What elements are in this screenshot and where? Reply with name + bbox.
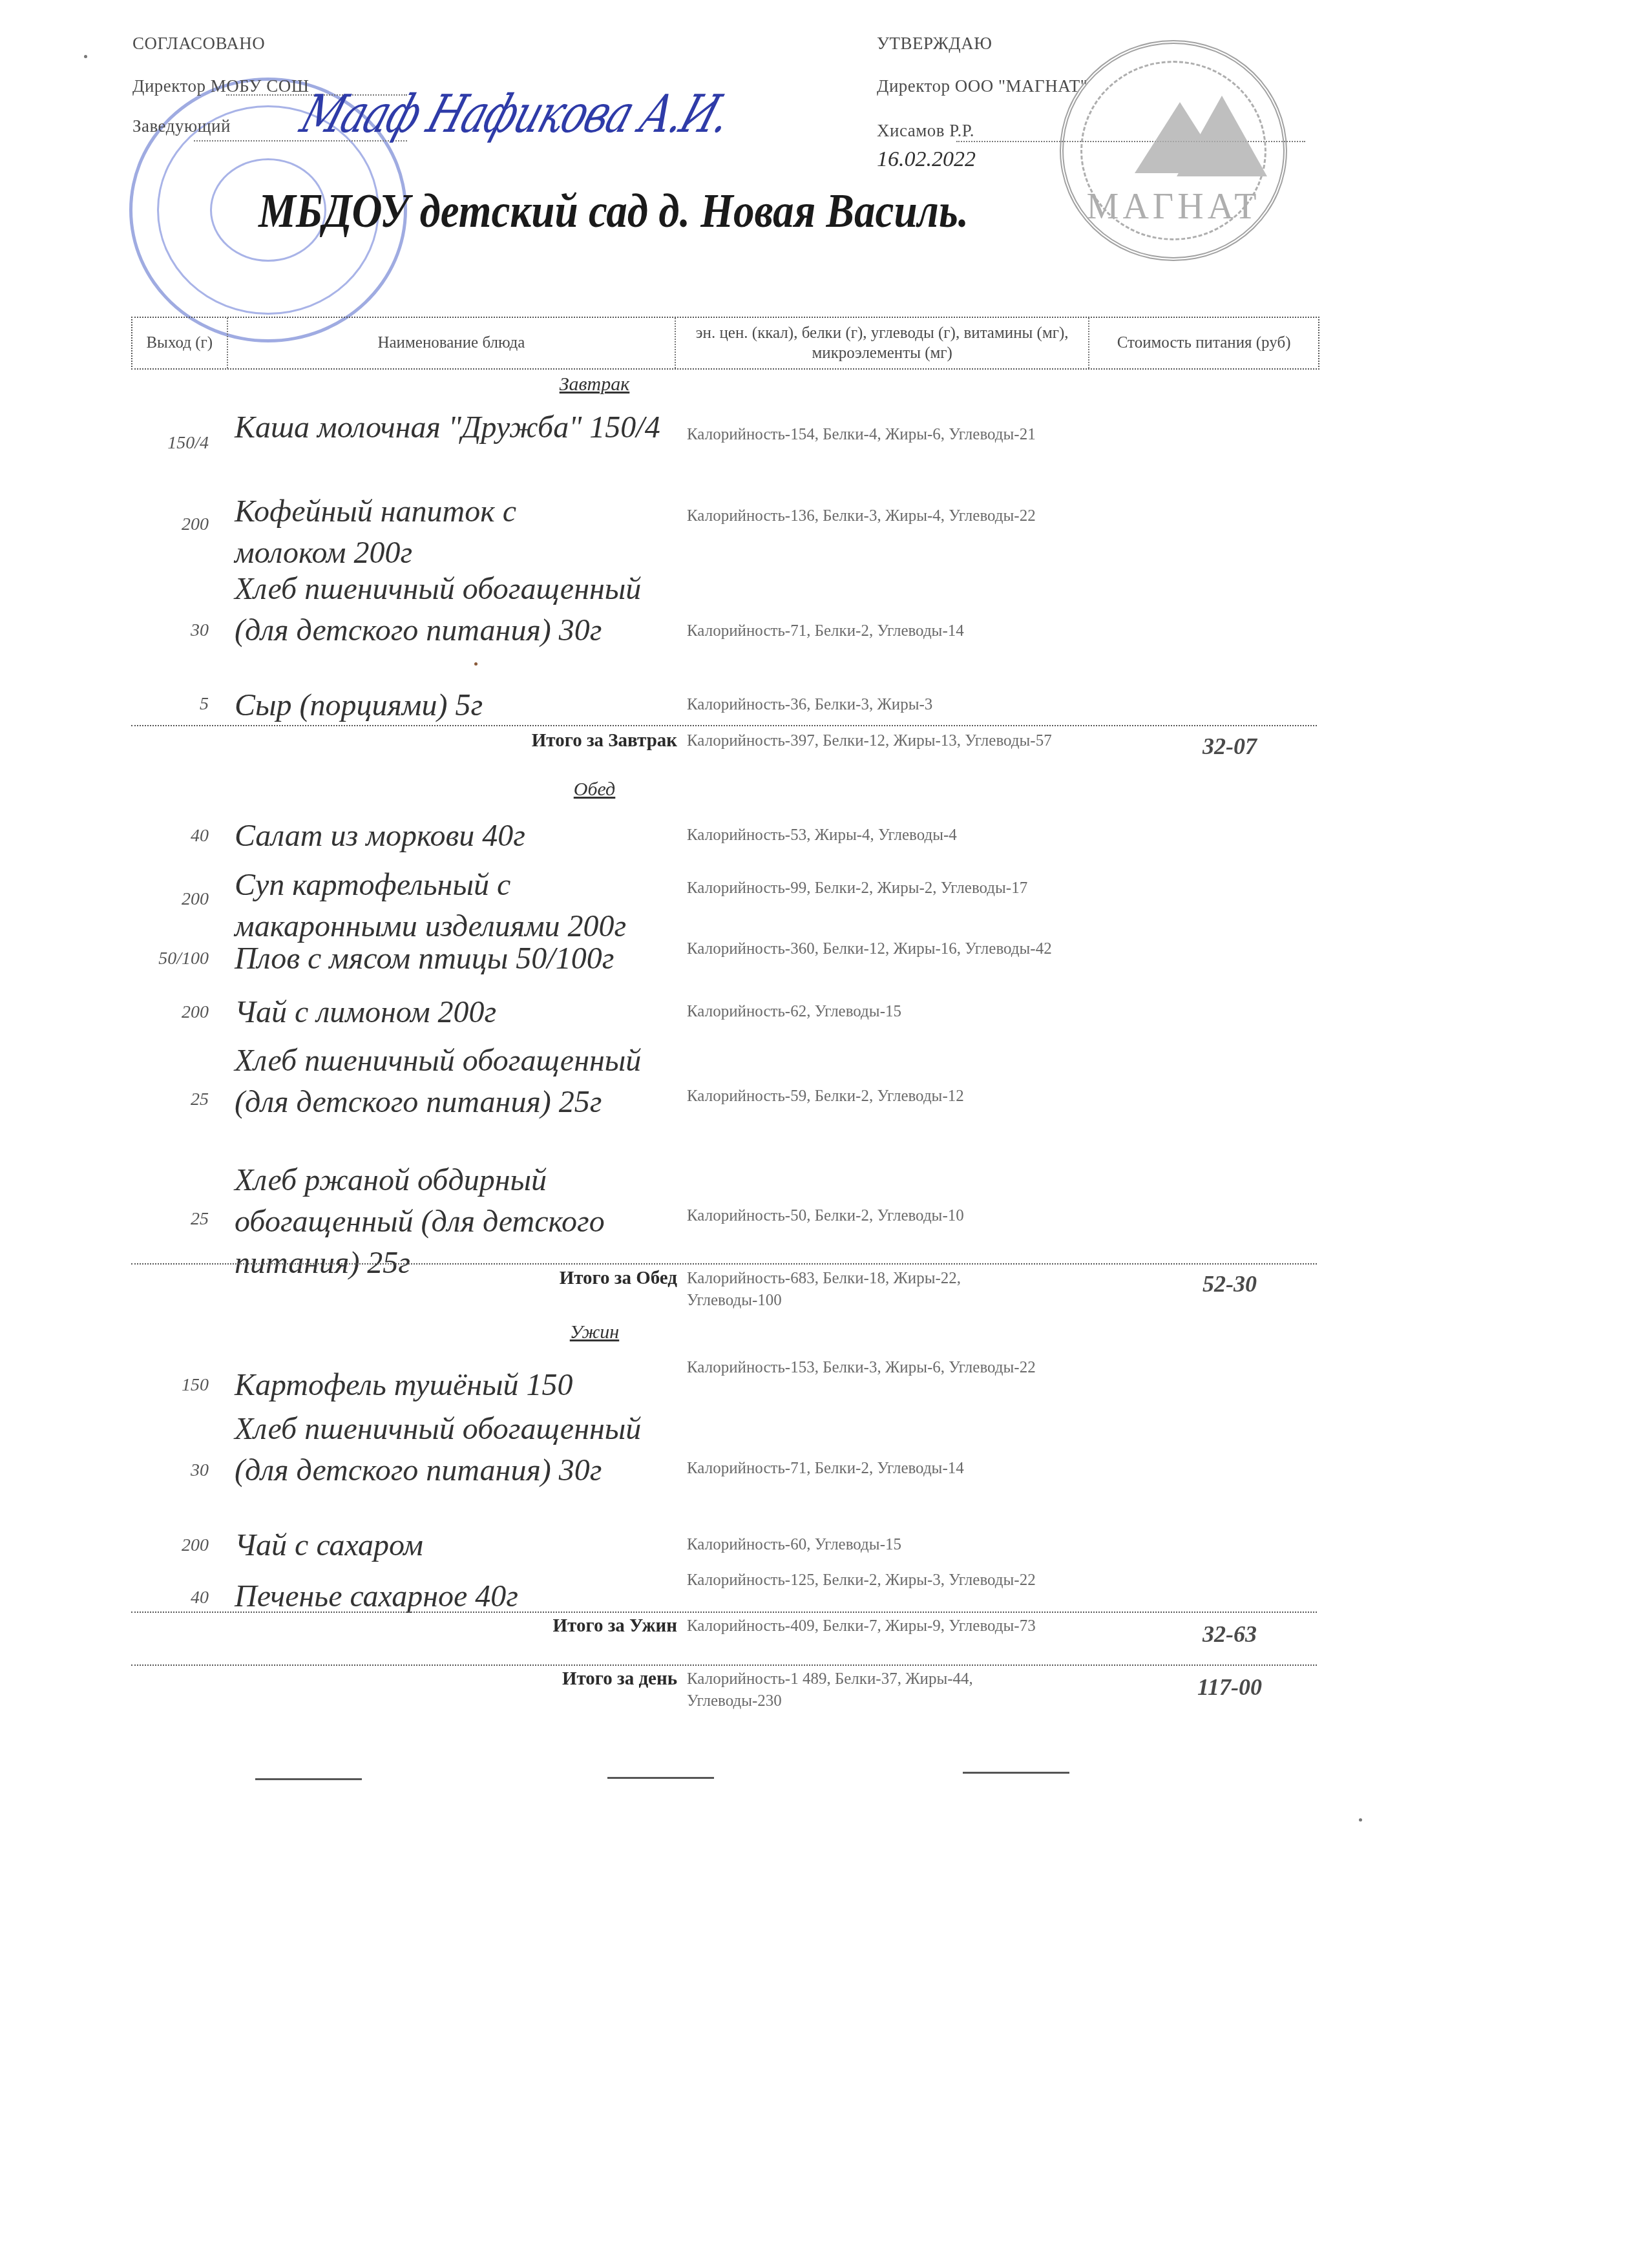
row-divider bbox=[131, 725, 1317, 726]
subtotal-cost: 32-63 bbox=[1171, 1621, 1288, 1648]
dish-name: Салат из моркови 40г bbox=[235, 815, 674, 857]
dish-name: Каша молочная "Дружба" 150/4 bbox=[235, 407, 674, 448]
nutrition-info: Калорийность-59, Белки-2, Углеводы-12 bbox=[687, 1086, 1055, 1108]
subtotal-nutrition: Калорийность-397, Белки-12, Жиры-13, Угл… bbox=[687, 730, 1055, 752]
dish-name: Плов с мясом птицы 50/100г bbox=[235, 938, 700, 980]
subtotal-cost: 52-30 bbox=[1171, 1270, 1288, 1297]
subtotal-nutrition: Калорийность-683, Белки-18, Жиры-22, Угл… bbox=[687, 1268, 1055, 1312]
approval-right-heading: УТВЕРЖДАЮ bbox=[877, 34, 993, 54]
yield-value: 150/4 bbox=[131, 433, 209, 454]
yield-value: 40 bbox=[131, 1588, 209, 1608]
yield-value: 30 bbox=[131, 620, 209, 641]
nutrition-info: Калорийность-153, Белки-3, Жиры-6, Углев… bbox=[687, 1357, 1055, 1379]
yield-value: 200 bbox=[131, 514, 209, 535]
dish-name: Сыр (порциями) 5г bbox=[235, 685, 674, 726]
row-divider bbox=[131, 1612, 1317, 1613]
nutrition-info: Калорийность-99, Белки-2, Жиры-2, Углево… bbox=[687, 877, 1055, 899]
nutrition-info: Калорийность-71, Белки-2, Углеводы-14 bbox=[687, 620, 1055, 642]
yield-value: 40 bbox=[131, 826, 209, 846]
day-total-nutrition: Калорийность-1 489, Белки-37, Жиры-44, У… bbox=[687, 1668, 1055, 1712]
stamp-brand: МАГНАТ bbox=[1064, 186, 1283, 227]
table-header: Выход (г) Наименование блюда эн. цен. (к… bbox=[131, 317, 1319, 370]
company-stamp: МАГНАТ bbox=[1060, 40, 1287, 261]
nutrition-info: Калорийность-62, Углеводы-15 bbox=[687, 1001, 1055, 1023]
yield-value: 30 bbox=[131, 1460, 209, 1481]
page-title: МБДОУ детский сад д. Новая Василь. bbox=[258, 184, 969, 239]
nutrition-info: Калорийность-125, Белки-2, Жиры-3, Углев… bbox=[687, 1570, 1055, 1591]
col-cost: Стоимость питания (руб) bbox=[1089, 318, 1318, 368]
nutrition-info: Калорийность-53, Жиры-4, Углеводы-4 bbox=[687, 824, 1055, 846]
mountain-logo-icon bbox=[1177, 96, 1267, 176]
dish-name: Чай с сахаром bbox=[235, 1525, 674, 1566]
approval-left-heading: СОГЛАСОВАНО bbox=[132, 34, 265, 54]
approval-left-position: Директор МОБУ СОШ bbox=[132, 76, 309, 96]
subtotal-label: Итого за Завтрак bbox=[377, 730, 677, 751]
nutrition-info: Калорийность-60, Углеводы-15 bbox=[687, 1534, 1055, 1556]
day-total-label: Итого за день bbox=[377, 1668, 677, 1690]
yield-value: 5 bbox=[131, 694, 209, 715]
row-divider bbox=[131, 1664, 1317, 1666]
dish-name: Кофейный напиток с молоком 200г bbox=[235, 491, 558, 574]
dish-name: Хлеб пшеничный обогащенный (для детского… bbox=[235, 569, 648, 651]
nutrition-info: Калорийность-36, Белки-3, Жиры-3 bbox=[687, 694, 1055, 716]
section-title-lunch: Обед bbox=[465, 779, 724, 801]
day-total-cost: 117-00 bbox=[1171, 1674, 1288, 1701]
dish-name: Хлеб ржаной обдирный обогащенный (для де… bbox=[235, 1160, 648, 1284]
dish-name: Картофель тушёный 150 bbox=[235, 1365, 674, 1406]
nutrition-info: Калорийность-71, Белки-2, Углеводы-14 bbox=[687, 1458, 1055, 1480]
handwritten-signature: Мааф Нафикова А.И. bbox=[294, 83, 739, 145]
scan-speck bbox=[1359, 1818, 1362, 1822]
approval-right-position: Директор ООО "МАГНАТ" bbox=[877, 76, 1087, 96]
scan-speck bbox=[474, 662, 478, 666]
yield-value: 200 bbox=[131, 1535, 209, 1556]
nutrition-info: Калорийность-50, Белки-2, Углеводы-10 bbox=[687, 1205, 1055, 1227]
dish-name: Хлеб пшеничный обогащенный (для детского… bbox=[235, 1040, 648, 1123]
subtotal-nutrition: Калорийность-409, Белки-7, Жиры-9, Углев… bbox=[687, 1615, 1055, 1637]
col-nutrition: эн. цен. (ккал), белки (г), углеводы (г)… bbox=[676, 318, 1089, 368]
yield-value: 200 bbox=[131, 1002, 209, 1023]
yield-value: 150 bbox=[131, 1375, 209, 1396]
yield-value: 200 bbox=[131, 889, 209, 910]
subtotal-label: Итого за Ужин bbox=[377, 1615, 677, 1637]
nutrition-info: Калорийность-136, Белки-3, Жиры-4, Углев… bbox=[687, 505, 1055, 527]
section-title-breakfast: Завтрак bbox=[465, 373, 724, 395]
scan-speck bbox=[84, 55, 87, 58]
dish-name: Хлеб пшеничный обогащенный (для детского… bbox=[235, 1409, 648, 1491]
dish-name: Чай с лимоном 200г bbox=[235, 992, 674, 1033]
yield-value: 25 bbox=[131, 1209, 209, 1230]
approval-right-name: Хисамов Р.Р. bbox=[877, 121, 974, 141]
col-yield: Выход (г) bbox=[132, 318, 228, 368]
yield-value: 25 bbox=[131, 1089, 209, 1110]
subtotal-cost: 32-07 bbox=[1171, 733, 1288, 760]
nutrition-info: Калорийность-154, Белки-4, Жиры-6, Углев… bbox=[687, 424, 1055, 446]
subtotal-label: Итого за Обед bbox=[377, 1268, 677, 1289]
section-title-dinner: Ужин bbox=[465, 1321, 724, 1343]
col-dish: Наименование блюда bbox=[228, 318, 677, 368]
nutrition-info: Калорийность-360, Белки-12, Жиры-16, Угл… bbox=[687, 938, 1055, 960]
signature-blank-2 bbox=[607, 1777, 714, 1779]
approval-left-head: Заведующий bbox=[132, 116, 231, 136]
approval-date: 16.02.2022 bbox=[877, 147, 976, 172]
signature-blank-1 bbox=[255, 1778, 362, 1780]
row-divider bbox=[131, 1263, 1317, 1265]
yield-value: 50/100 bbox=[131, 949, 209, 969]
signature-blank-3 bbox=[963, 1772, 1069, 1774]
dish-name: Суп картофельный с макаронными изделиями… bbox=[235, 865, 674, 947]
